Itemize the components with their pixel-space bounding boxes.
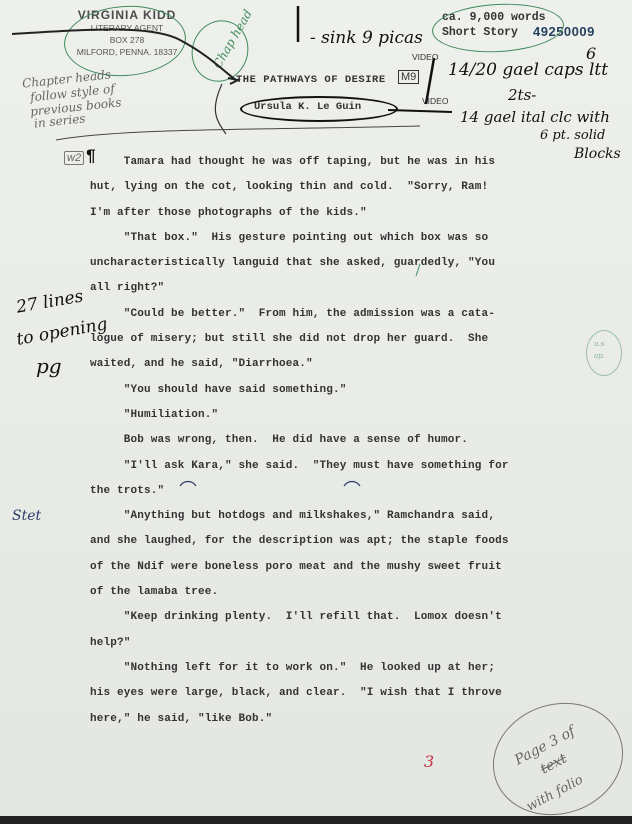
body-line: "Nothing left for it to work on." He loo… (90, 656, 580, 681)
body-line: "I'll ask Kara," she said. "They must ha… (90, 454, 580, 479)
author-spec-annotation: 14 gael ital clc with (460, 108, 610, 126)
body-line: of the lamaba tree. (90, 580, 580, 605)
story-title: THE PATHWAYS OF DESIRE (236, 74, 386, 86)
video-label-1: VIDEO (412, 52, 438, 62)
info-circle (431, 1, 565, 56)
body-line: hut, lying on the cot, looking thin and … (90, 175, 580, 200)
manuscript-page: VIRGINIA KIDD LITERARY AGENT BOX 278 MIL… (0, 0, 632, 816)
body-line: logue of misery; but still she did not d… (90, 327, 580, 352)
stet-note: Stet (12, 508, 41, 524)
body-line: I'm after those photographs of the kids.… (90, 201, 580, 226)
body-line: of the Ndif were boneless poro meat and … (90, 555, 580, 580)
spec-2ts: 2ts- (508, 86, 536, 104)
title-spec-six: 6 (586, 44, 596, 63)
author-circle (240, 96, 398, 122)
body-line: "That box." His gesture pointing out whi… (90, 226, 580, 251)
title-spec-annotation: 14/20 gael caps ltt (448, 60, 608, 80)
body-line: help?" (90, 631, 580, 656)
body-line: "Could be better." From him, the admissi… (90, 302, 580, 327)
body-line: Tamara had thought he was off taping, bu… (90, 150, 580, 175)
body-line: his eyes were large, black, and clear. "… (90, 681, 580, 706)
body-line: all right?" (90, 276, 580, 301)
scan-edge (0, 816, 632, 824)
body-line: "You should have said something." (90, 378, 580, 403)
indent-bracket: w2 (64, 151, 84, 165)
body-line: uncharacteristically languid that she as… (90, 251, 580, 276)
body-line: waited, and he said, "Diarrhoea." (90, 352, 580, 377)
body-line: "Keep drinking plenty. I'll refill that.… (90, 605, 580, 630)
page-folio: 3 (424, 752, 434, 771)
story-body: Tamara had thought he was off taping, bu… (90, 150, 580, 732)
body-line: the trots." (90, 479, 580, 504)
body-line: Bob was wrong, then. He did have a sense… (90, 428, 580, 453)
lines-note-1: 27 lines (15, 286, 85, 317)
us-circle (586, 330, 622, 376)
body-line: "Anything but hotdogs and milkshakes," R… (90, 504, 580, 529)
body-line: and she laughed, for the description was… (90, 529, 580, 554)
title-code: M9 (398, 70, 419, 84)
author-spec-solid: 6 pt. solid (540, 128, 605, 143)
body-line: "Humiliation." (90, 403, 580, 428)
video-label-2: VIDEO (422, 96, 448, 106)
lines-note-3: pg (36, 354, 62, 378)
sink-annotation: - sink 9 picas (310, 28, 423, 48)
author-spec-blocks: Blocks (574, 146, 621, 162)
